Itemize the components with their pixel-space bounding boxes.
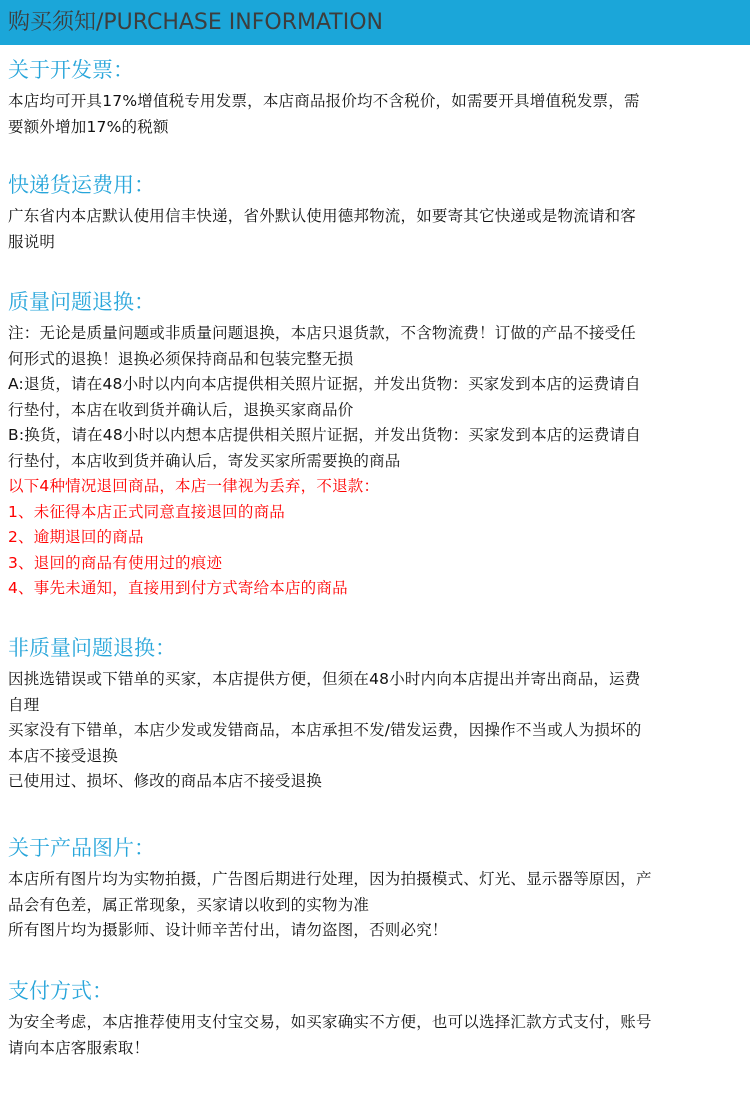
section-line: 何形式的退换！退换必须保持商品和包装完整无损 bbox=[8, 347, 742, 373]
section-line: 行垫付，本店在收到货并确认后，退换买家商品价 bbox=[8, 398, 742, 424]
warning-line: 以下4种情况退回商品，本店一律视为丢弃，不退款： bbox=[8, 474, 742, 500]
section-line: 自理 bbox=[8, 693, 742, 719]
section-line: 要额外增加17%的税额 bbox=[8, 115, 742, 141]
section-line: 服说明 bbox=[8, 230, 742, 256]
warning-item: 2、逾期退回的商品 bbox=[8, 525, 742, 551]
section-line: 买家没有下错单，本店少发或发错商品，本店承担不发/错发运费，因操作不当或人为损坏… bbox=[8, 718, 742, 744]
section-heading: 关于开发票： bbox=[8, 55, 742, 85]
section-line: 请向本店客服索取！ bbox=[8, 1036, 742, 1062]
section-heading: 快递货运费用： bbox=[8, 170, 742, 200]
section-heading: 非质量问题退换： bbox=[8, 633, 742, 663]
section-line: 本店不接受退换 bbox=[8, 744, 742, 770]
section-line: A:退货，请在48小时以内向本店提供相关照片证据，并发出货物：买家发到本店的运费… bbox=[8, 372, 742, 398]
section-shipping: 快递货运费用： 广东省内本店默认使用信丰快递，省外默认使用德邦物流，如要寄其它快… bbox=[8, 170, 742, 255]
section-non-quality-returns: 非质量问题退换： 因挑选错误或下错单的买家，本店提供方便，但须在48小时内向本店… bbox=[8, 633, 742, 795]
section-heading: 支付方式： bbox=[8, 976, 742, 1006]
purchase-info-header: 购买须知/PURCHASE INFORMATION bbox=[0, 0, 750, 45]
section-product-images: 关于产品图片： 本店所有图片均为实物拍摄，广告图后期进行处理，因为拍摄模式、灯光… bbox=[8, 833, 742, 944]
section-heading: 质量问题退换： bbox=[8, 287, 742, 317]
section-line: 注：无论是质量问题或非质量问题退换，本店只退货款，不含物流费！订做的产品不接受任 bbox=[8, 321, 742, 347]
warning-item: 3、退回的商品有使用过的痕迹 bbox=[8, 551, 742, 577]
section-payment: 支付方式： 为安全考虑，本店推荐使用支付宝交易，如买家确实不方便，也可以选择汇款… bbox=[8, 976, 742, 1061]
section-heading: 关于产品图片： bbox=[8, 833, 742, 863]
section-quality-returns: 质量问题退换： 注：无论是质量问题或非质量问题退换，本店只退货款，不含物流费！订… bbox=[8, 287, 742, 602]
section-line: 为安全考虑，本店推荐使用支付宝交易，如买家确实不方便，也可以选择汇款方式支付，账… bbox=[8, 1010, 742, 1036]
section-line: 本店均可开具17%增值税专用发票，本店商品报价均不含税价，如需要开具增值税发票，… bbox=[8, 89, 742, 115]
section-line: B:换货，请在48小时以内想本店提供相关照片证据，并发出货物：买家发到本店的运费… bbox=[8, 423, 742, 449]
section-line: 所有图片均为摄影师、设计师辛苦付出，请勿盗图，否则必究！ bbox=[8, 918, 742, 944]
section-invoice: 关于开发票： 本店均可开具17%增值税专用发票，本店商品报价均不含税价，如需要开… bbox=[8, 55, 742, 140]
section-line: 广东省内本店默认使用信丰快递，省外默认使用德邦物流，如要寄其它快递或是物流请和客 bbox=[8, 204, 742, 230]
section-line: 已使用过、损坏、修改的商品本店不接受退换 bbox=[8, 769, 742, 795]
section-line: 品会有色差，属正常现象，买家请以收到的实物为准 bbox=[8, 893, 742, 919]
section-line: 本店所有图片均为实物拍摄，广告图后期进行处理，因为拍摄模式、灯光、显示器等原因，… bbox=[8, 867, 742, 893]
page-title: 购买须知/PURCHASE INFORMATION bbox=[8, 8, 383, 38]
section-line: 行垫付，本店收到货并确认后，寄发买家所需要换的商品 bbox=[8, 449, 742, 475]
section-line: 因挑选错误或下错单的买家，本店提供方便，但须在48小时内向本店提出并寄出商品，运… bbox=[8, 667, 742, 693]
warning-item: 1、未征得本店正式同意直接退回的商品 bbox=[8, 500, 742, 526]
warning-item: 4、事先未通知，直接用到付方式寄给本店的商品 bbox=[8, 576, 742, 602]
